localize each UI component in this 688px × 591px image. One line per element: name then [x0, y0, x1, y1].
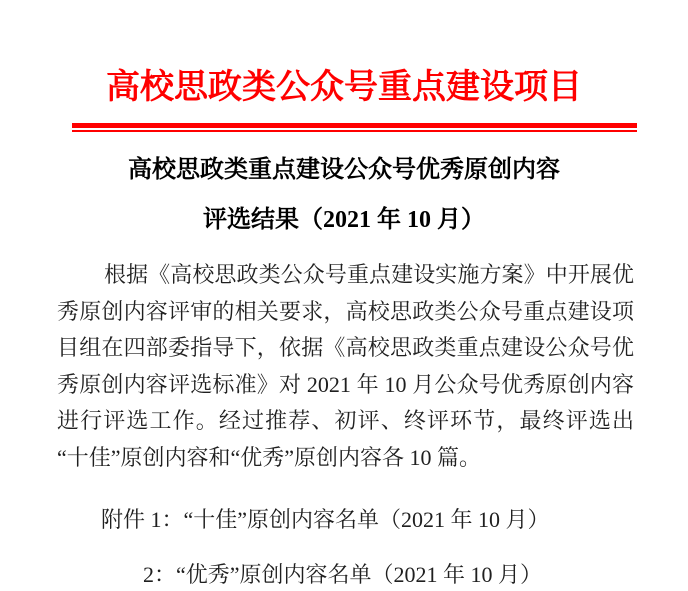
paragraph-line: 秀原创内容评选标准》对 2021 年 10 月公众号优秀原创内容 [57, 367, 634, 404]
attachment-line-1: 附件 1：“十佳”原创内容名单（2021 年 10 月） [101, 505, 550, 535]
letterhead-double-rule [72, 123, 637, 132]
attachment-line-2: 2：“优秀”原创内容名单（2021 年 10 月） [143, 560, 542, 590]
document-page: 高校思政类公众号重点建设项目 高校思政类重点建设公众号优秀原创内容 评选结果（2… [0, 0, 688, 591]
rule-thin-line [72, 130, 637, 132]
paragraph-line: 目组在四部委指导下，依据《高校思政类重点建设公众号优 [57, 330, 634, 367]
letterhead-title: 高校思政类公众号重点建设项目 [0, 64, 688, 112]
paragraph-line: 进行评选工作。经过推荐、初评、终评环节，最终评选出 [57, 403, 634, 440]
document-title-line2: 评选结果（2021 年 10 月） [0, 206, 688, 234]
paragraph-line: 根据《高校思政类公众号重点建设实施方案》中开展优 [57, 257, 634, 294]
paragraph-line: “十佳”原创内容和“优秀”原创内容各 10 篇。 [57, 440, 634, 477]
paragraph-line: 秀原创内容评审的相关要求，高校思政类公众号重点建设项 [57, 294, 634, 331]
body-paragraph: 根据《高校思政类公众号重点建设实施方案》中开展优 秀原创内容评审的相关要求，高校… [57, 257, 634, 476]
document-title-line1: 高校思政类重点建设公众号优秀原创内容 [0, 156, 688, 184]
